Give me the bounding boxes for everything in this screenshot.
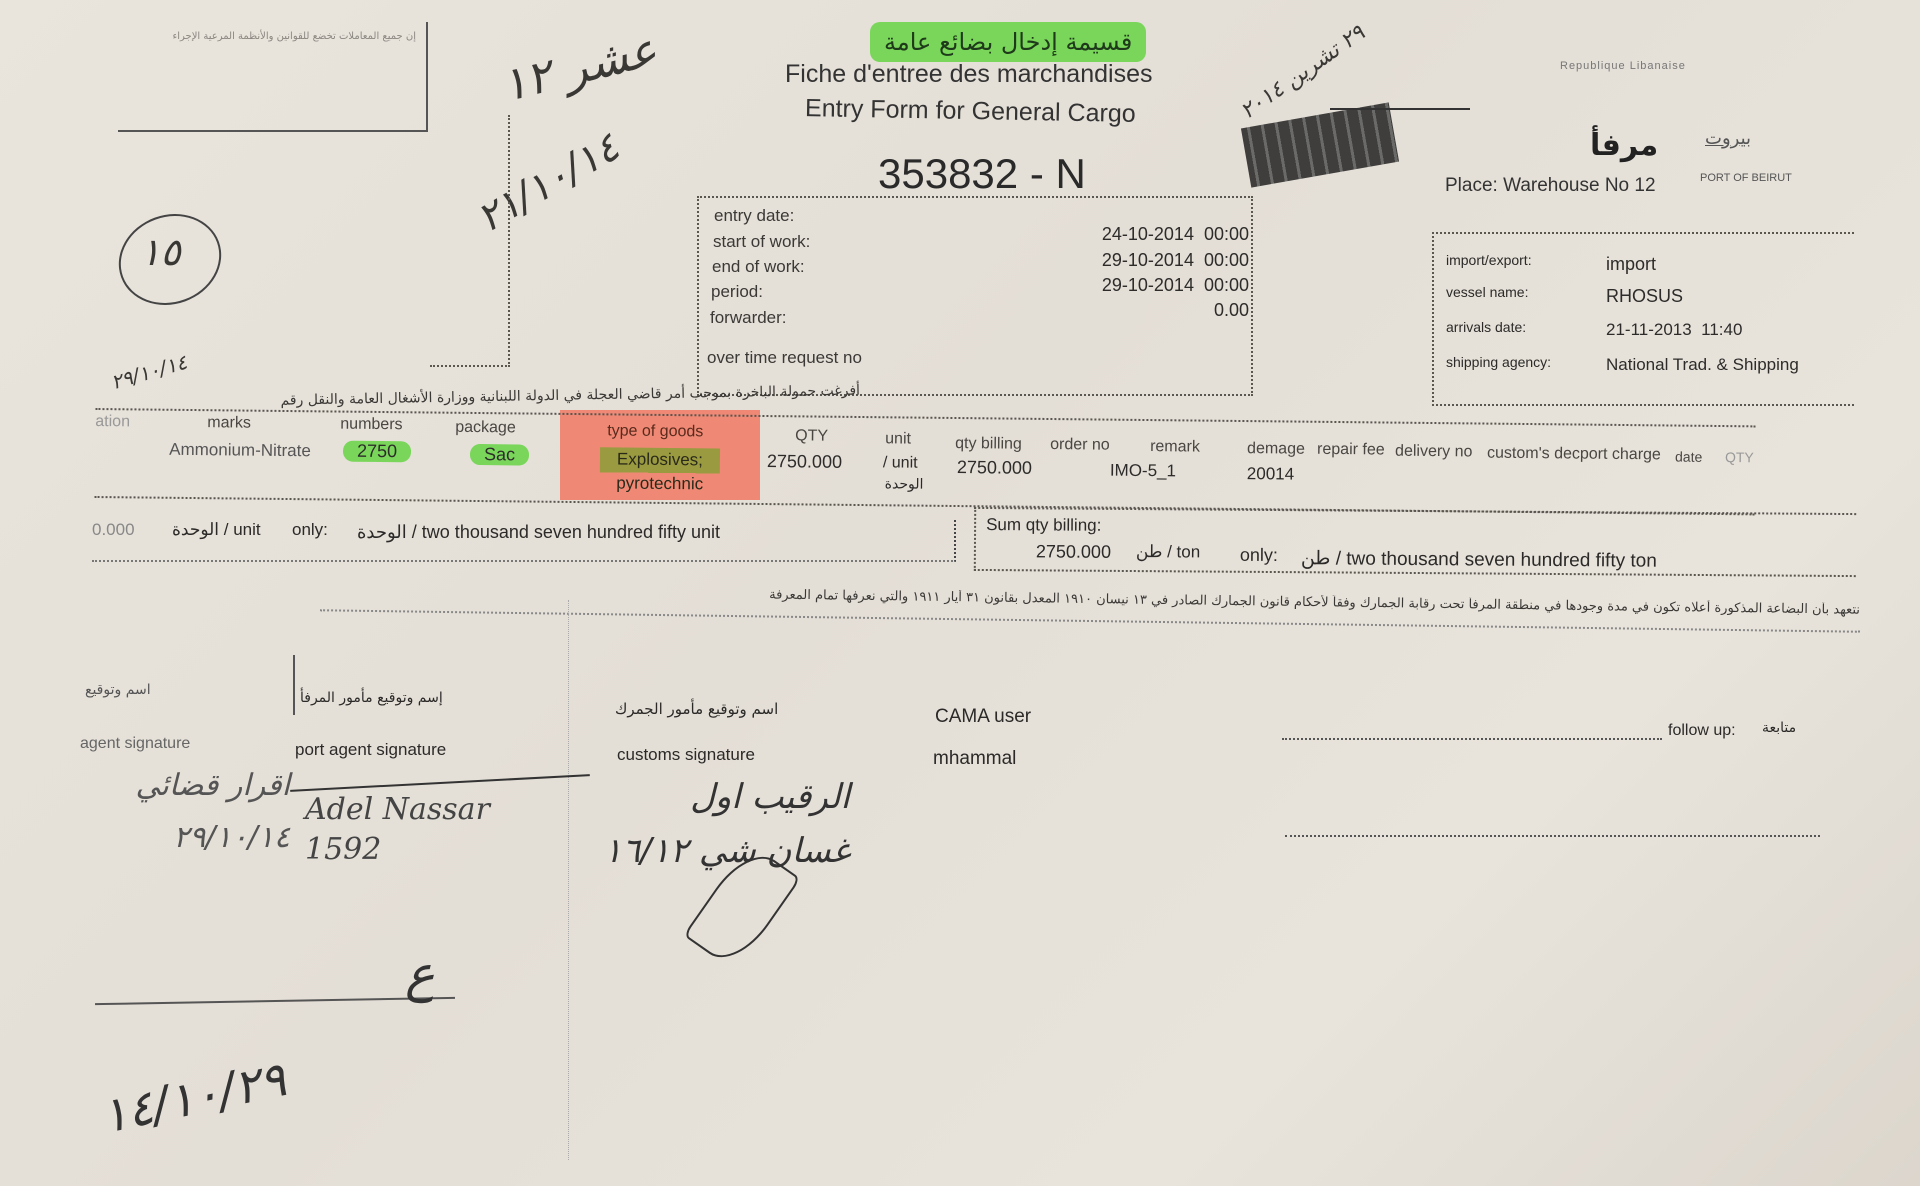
end-of-work-label: end of work:: [712, 257, 805, 277]
shipping-agency-value: National Trad. & Shipping: [1606, 355, 1799, 375]
col-date: date: [1675, 449, 1702, 465]
period-label: period:: [711, 282, 763, 302]
place: Place: Warehouse No 12: [1445, 175, 1656, 197]
cell-type-of-goods: Explosives; pyrotechnic: [600, 447, 720, 496]
left-upper-frame: [430, 115, 510, 367]
cell-qty: 2750.000: [767, 451, 842, 473]
vessel-name-value: RHOSUS: [1606, 286, 1683, 307]
cell-numbers: 2750: [343, 441, 411, 463]
signature-divider-1: [293, 655, 295, 715]
period-value: 29-10-2014 00:00: [1102, 275, 1249, 296]
cell-unit-arabic: الوحدة: [885, 476, 924, 492]
cell-unit: / unit: [883, 454, 918, 472]
sig-port-arabic: إسم وتوقيع مأمور المرفأ: [300, 690, 443, 706]
dates-box: entry date: start of work: end of work: …: [697, 196, 1253, 396]
arrival-date-label: arrivals date:: [1446, 319, 1526, 335]
col-ation: ation: [95, 413, 130, 431]
sig-agent-arabic: اسم وتوقيع: [85, 682, 151, 698]
col-qty-right: QTY: [1725, 449, 1754, 465]
col-customs-charge: custom's decport charge: [1487, 445, 1661, 465]
import-export-label: import/export:: [1446, 252, 1532, 268]
col-numbers: numbers: [340, 416, 402, 435]
col-marks: marks: [207, 414, 251, 432]
sum-only-label: only:: [1240, 545, 1278, 566]
col-order-no: order no: [1050, 436, 1110, 455]
col-qty: QTY: [795, 427, 828, 445]
arabic-title: قسيمة إدخال بضائع عامة: [870, 22, 1146, 62]
follow-up-label: follow up:: [1668, 722, 1736, 740]
ministry-logo-arabic: مرفأ: [1590, 128, 1658, 163]
bottom-check-mark: ع: [405, 945, 435, 1003]
cell-marks: Ammonium-Nitrate: [165, 439, 315, 463]
port-arabic: بيروت: [1705, 128, 1751, 149]
col-demage: demage: [1247, 440, 1305, 459]
goods-table: ation marks numbers package type of good…: [95, 408, 1756, 515]
sig-customs-handwritten: الرقيب اول غسان شي ١٦/١٢: [600, 770, 850, 878]
col-package: package: [455, 419, 516, 438]
cama-user-label: CAMA user: [935, 706, 1031, 728]
col-remark: remark: [1150, 438, 1200, 457]
republic-text: Republique Libanaise: [1560, 60, 1686, 72]
sig-port-label: port agent signature: [295, 740, 446, 760]
start-of-work-value: 24-10-2014 00:00: [1102, 224, 1249, 245]
vessel-box: import/export: import vessel name: RHOSU…: [1432, 232, 1854, 406]
summary-left-amount: 0.000: [92, 520, 135, 540]
corner-note-text: إن جميع المعاملات تخضع للقوانين والأنظمة…: [118, 22, 426, 51]
cama-user-value: mhammal: [933, 748, 1016, 770]
end-of-work-value: 29-10-2014 00:00: [1102, 250, 1249, 271]
shipping-agency-label: shipping agency:: [1446, 354, 1551, 370]
bottom-dotted-line: [1285, 835, 1820, 837]
start-of-work-label: start of work:: [713, 232, 810, 252]
col-repair-fee: repair fee: [1317, 441, 1385, 460]
summary-left-words: الوحدة / two thousand seven hundred fift…: [357, 522, 720, 543]
summary-left-unit: الوحدة / unit: [172, 520, 261, 540]
sig-agent-label: agent signature: [80, 735, 190, 753]
col-type-of-goods: type of goods: [607, 422, 703, 441]
sum-qty-value: 2750.000: [1036, 541, 1111, 563]
arrival-date-value: 21-11-2013 11:40: [1606, 320, 1742, 340]
sig-agent-handwritten: اقرار قضائي ٢٩/١٠/١٤: [80, 760, 290, 864]
sig-customs-arabic: اسم وتوقيع مأمور الجمرك: [615, 700, 778, 718]
sig-port-handwritten: Adel Nassar 1592: [305, 790, 525, 870]
stamp-line: [1330, 108, 1470, 110]
french-title: Fiche d'entree des marchandises: [785, 60, 1152, 89]
form-number: 353832 - N: [878, 150, 1086, 198]
cell-remark: IMO-5_1: [1110, 461, 1176, 482]
summary-left-only: only:: [292, 520, 328, 540]
follow-up-arabic: متابعة: [1762, 720, 1796, 736]
sum-qty-box: Sum qty billing: 2750.000 طن / ton only:…: [974, 507, 1856, 577]
handwritten-circle-number: ١٥: [140, 230, 181, 274]
summary-left: 0.000 الوحدة / unit only: الوحدة / two t…: [92, 520, 956, 562]
import-export-value: import: [1606, 254, 1656, 275]
col-qty-billing: qty billing: [955, 435, 1022, 454]
cell-qty-billing: 2750.000: [957, 457, 1032, 479]
sig-customs-label: customs signature: [617, 745, 755, 765]
sum-qty-label: Sum qty billing:: [986, 515, 1101, 536]
port-label: PORT OF BEIRUT: [1700, 172, 1792, 184]
sum-qty-unit: طن / ton: [1136, 542, 1200, 562]
entry-date-label: entry date:: [714, 206, 794, 226]
sum-qty-words: طن / two thousand seven hundred fifty to…: [1301, 547, 1657, 572]
vessel-name-label: vessel name:: [1446, 284, 1528, 300]
col-unit: unit: [885, 430, 911, 448]
forwarder-value: 0.00: [1214, 300, 1249, 321]
overtime-label: over time request no: [707, 348, 862, 368]
col-delivery-no: delivery no: [1395, 443, 1473, 462]
signature-divider-2: [568, 600, 570, 1160]
cell-package: Sac: [470, 444, 529, 466]
corner-note-box: إن جميع المعاملات تخضع للقوانين والأنظمة…: [118, 22, 428, 132]
forwarder-label: forwarder:: [710, 308, 787, 328]
english-title: Entry Form for General Cargo: [805, 94, 1136, 129]
cell-demage: 20014: [1247, 464, 1294, 484]
follow-up-line: [1282, 738, 1662, 740]
